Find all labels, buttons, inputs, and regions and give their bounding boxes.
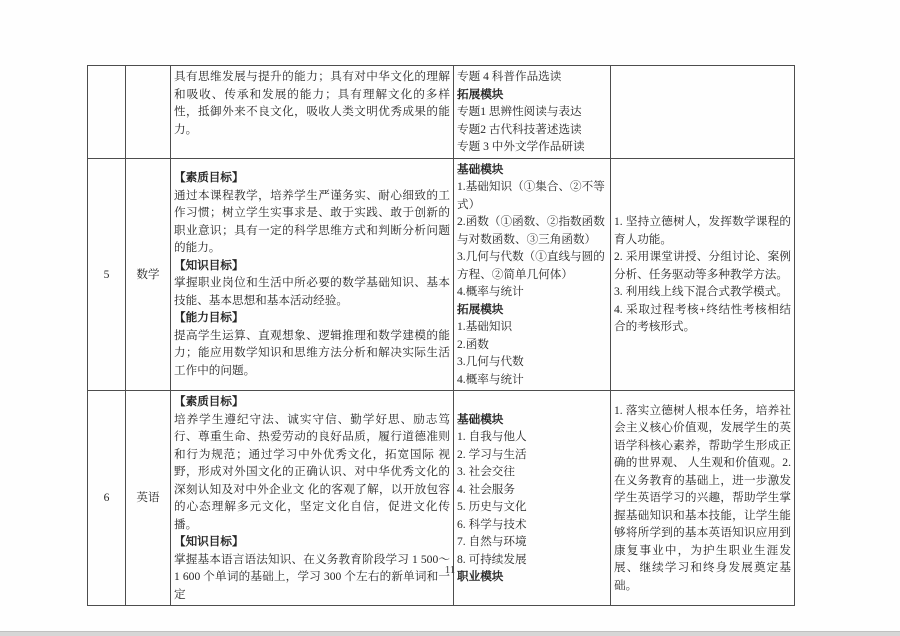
cell-methods xyxy=(611,66,795,159)
table-row: 5数学【素质目标】通过本课程教学，培养学生严谨务实、耐心细致的工作习惯；树立学生… xyxy=(88,158,795,391)
goal-heading: 【知识目标】 xyxy=(174,533,450,551)
curriculum-table: 具有思维发展与提升的能力；具有对中华文化的理解和吸收、传承和发展的能力；具有理解… xyxy=(87,65,795,606)
module-line: 7. 自然与环境 xyxy=(457,533,607,551)
module-line: 4.概率与统计 xyxy=(457,283,607,301)
method-text: 3. 利用线上线下混合式教学模式。 xyxy=(614,283,791,301)
goal-heading: 【知识目标】 xyxy=(174,257,450,275)
module-heading: 基础模块 xyxy=(457,161,607,179)
module-line: 1. 自我与他人 xyxy=(457,428,607,446)
goal-heading: 【素质目标】 xyxy=(174,393,450,411)
goal-text: 掌握基本语言语法知识、在义务教育阶段学习 1 500～1 600 个单词的基础上… xyxy=(174,551,450,604)
module-line: 4. 社会服务 xyxy=(457,481,607,499)
module-heading: 基础模块 xyxy=(457,411,607,429)
document-page: 具有思维发展与提升的能力；具有对中华文化的理解和吸收、传承和发展的能力；具有理解… xyxy=(0,0,900,636)
cell-subject xyxy=(126,66,171,159)
module-line: 2.函数（①函数、②指数函数与对数函数、③三角函数） xyxy=(457,213,607,248)
cell-goals: 【素质目标】通过本课程教学，培养学生严谨务实、耐心细致的工作习惯；树立学生实事求… xyxy=(171,158,454,391)
goal-text: 通过本课程教学，培养学生严谨务实、耐心细致的工作习惯；树立学生实事求是、敢于实践… xyxy=(174,187,450,257)
module-line: 3. 社会交往 xyxy=(457,463,607,481)
cell-number: 5 xyxy=(88,158,126,391)
cell-goals: 具有思维发展与提升的能力；具有对中华文化的理解和吸收、传承和发展的能力；具有理解… xyxy=(171,66,454,159)
method-text: 2. 采用课堂讲授、分组讨论、案例分析、任务驱动等多种教学方法。 xyxy=(614,248,791,283)
module-line: 2.函数 xyxy=(457,336,607,354)
module-line: 3.几何与代数（①直线与圆的方程、②简单几何体） xyxy=(457,248,607,283)
module-line: 1.基础知识（①集合、②不等式） xyxy=(457,178,607,213)
module-line: 专题 4 科普作品选读 xyxy=(457,68,607,86)
goal-text: 提高学生运算、直观想象、逻辑推理和数学建模的能力；能应用数学知识和思维方法分析和… xyxy=(174,327,450,380)
goal-heading: 【能力目标】 xyxy=(174,309,450,327)
page-number: 11 xyxy=(0,564,900,576)
module-heading: 拓展模块 xyxy=(457,301,607,319)
module-line: 6. 科学与技术 xyxy=(457,516,607,534)
module-line: 5. 历史与文化 xyxy=(457,498,607,516)
module-heading: 拓展模块 xyxy=(457,86,607,104)
module-line: 3.几何与代数 xyxy=(457,353,607,371)
cell-methods: 1. 坚持立德树人，发挥数学课程的育人功能。2. 采用课堂讲授、分组讨论、案例分… xyxy=(611,158,795,391)
method-text: 1. 坚持立德树人，发挥数学课程的育人功能。 xyxy=(614,213,791,248)
goal-text: 培养学生遵纪守法、诚实守信、勤学好思、励志笃行、尊重生命、热爱劳动的良好品质，履… xyxy=(174,411,450,534)
cell-modules: 基础模块1.基础知识（①集合、②不等式）2.函数（①函数、②指数函数与对数函数、… xyxy=(454,158,611,391)
cell-number xyxy=(88,66,126,159)
module-line: 专题2 古代科技著述选读 xyxy=(457,121,607,139)
goal-heading: 【素质目标】 xyxy=(174,169,450,187)
module-line: 专题1 思辨性阅读与表达 xyxy=(457,103,607,121)
page-bottom-edge xyxy=(0,631,900,636)
module-line: 4.概率与统计 xyxy=(457,371,607,389)
cell-subject: 数学 xyxy=(126,158,171,391)
module-line: 2. 学习与生活 xyxy=(457,446,607,464)
method-text: 4. 采取过程考核+终结性考核相结合的考核形式。 xyxy=(614,301,791,336)
goal-text: 掌握职业岗位和生活中所必要的数学基础知识、基本技能、基本思想和基本活动经验。 xyxy=(174,274,450,309)
curriculum-table-body: 具有思维发展与提升的能力；具有对中华文化的理解和吸收、传承和发展的能力；具有理解… xyxy=(88,66,795,606)
goal-text: 具有思维发展与提升的能力；具有对中华文化的理解和吸收、传承和发展的能力；具有理解… xyxy=(174,68,450,138)
module-line: 专题 3 中外文学作品研读 xyxy=(457,138,607,156)
cell-modules: 专题 4 科普作品选读拓展模块专题1 思辨性阅读与表达专题2 古代科技著述选读专… xyxy=(454,66,611,159)
table-row: 具有思维发展与提升的能力；具有对中华文化的理解和吸收、传承和发展的能力；具有理解… xyxy=(88,66,795,159)
module-line: 1.基础知识 xyxy=(457,318,607,336)
